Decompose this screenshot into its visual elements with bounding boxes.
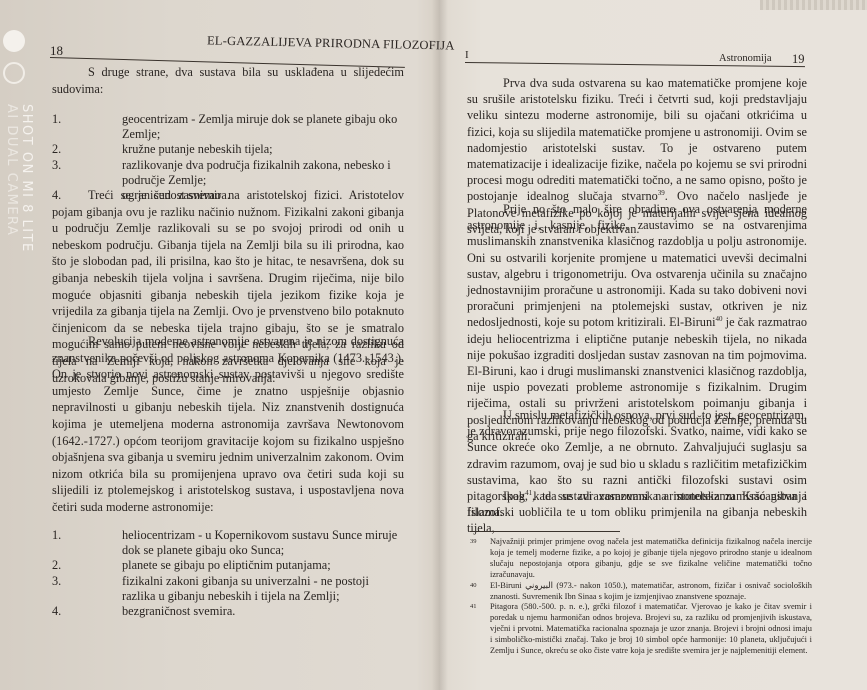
footnote-separator bbox=[470, 531, 620, 532]
list-item: 4.bezgraničnost svemira. bbox=[52, 604, 404, 619]
footnote-39: 39Najvažniji primjer primjene ovog načel… bbox=[470, 537, 812, 581]
footnotes: 39Najvažniji primjer primjene ovog načel… bbox=[470, 537, 812, 657]
camera-watermark: SHOT ON MI 8 LITE AI DUAL CAMERA bbox=[0, 22, 36, 282]
right-page-number: 19 bbox=[792, 52, 805, 67]
watermark-dot-icon bbox=[3, 30, 25, 52]
next-page-edge bbox=[760, 0, 867, 10]
footnote-41: 41Pitagora (580.-500. p. n. e.), grčki f… bbox=[470, 602, 812, 657]
list-item: 1.geocentrizam - Zemlja miruje dok se pl… bbox=[52, 112, 404, 142]
list-item: 1.heliocentrizam - u Kopernikovom sustav… bbox=[52, 528, 404, 558]
footnote-ref-40[interactable]: 40 bbox=[716, 315, 723, 323]
footnote-40: 40El-Biruni البيروني (973.- nakon 1050.)… bbox=[470, 581, 812, 603]
left-paragraph-revolution: Revolucija moderne astronomije ostvarena… bbox=[52, 333, 404, 516]
list-item: 3.razlikovanje dva područja fizikalnih z… bbox=[52, 158, 404, 188]
watermark-text: SHOT ON MI 8 LITE AI DUAL CAMERA bbox=[4, 104, 34, 253]
left-intro-paragraph: S druge strane, dva sustava bila su uskl… bbox=[52, 64, 404, 97]
list-item: 3.fizikalni zakoni gibanja su univerzaln… bbox=[52, 574, 404, 604]
book-spread: SHOT ON MI 8 LITE AI DUAL CAMERA 18 EL-G… bbox=[0, 0, 867, 690]
watermark-ring-icon bbox=[3, 62, 25, 84]
watermark-line2: AI DUAL CAMERA bbox=[4, 104, 19, 236]
right-paragraph-ipak: Ipak, kada se zdravorazumska aristotelsk… bbox=[467, 488, 807, 537]
right-running-head: Astronomija bbox=[719, 53, 772, 64]
list-item: 2.planete se gibaju po eliptičnim putanj… bbox=[52, 558, 404, 573]
chapter-marker: I bbox=[465, 49, 469, 61]
left-list-new-judgments: 1.heliocentrizam - u Kopernikovom sustav… bbox=[52, 528, 404, 619]
watermark-line1: SHOT ON MI 8 LITE bbox=[19, 104, 34, 253]
book-gutter bbox=[432, 0, 448, 690]
footnote-ref-39[interactable]: 39 bbox=[658, 189, 665, 197]
list-item: 2.kružne putanje nebeskih tijela; bbox=[52, 142, 404, 157]
